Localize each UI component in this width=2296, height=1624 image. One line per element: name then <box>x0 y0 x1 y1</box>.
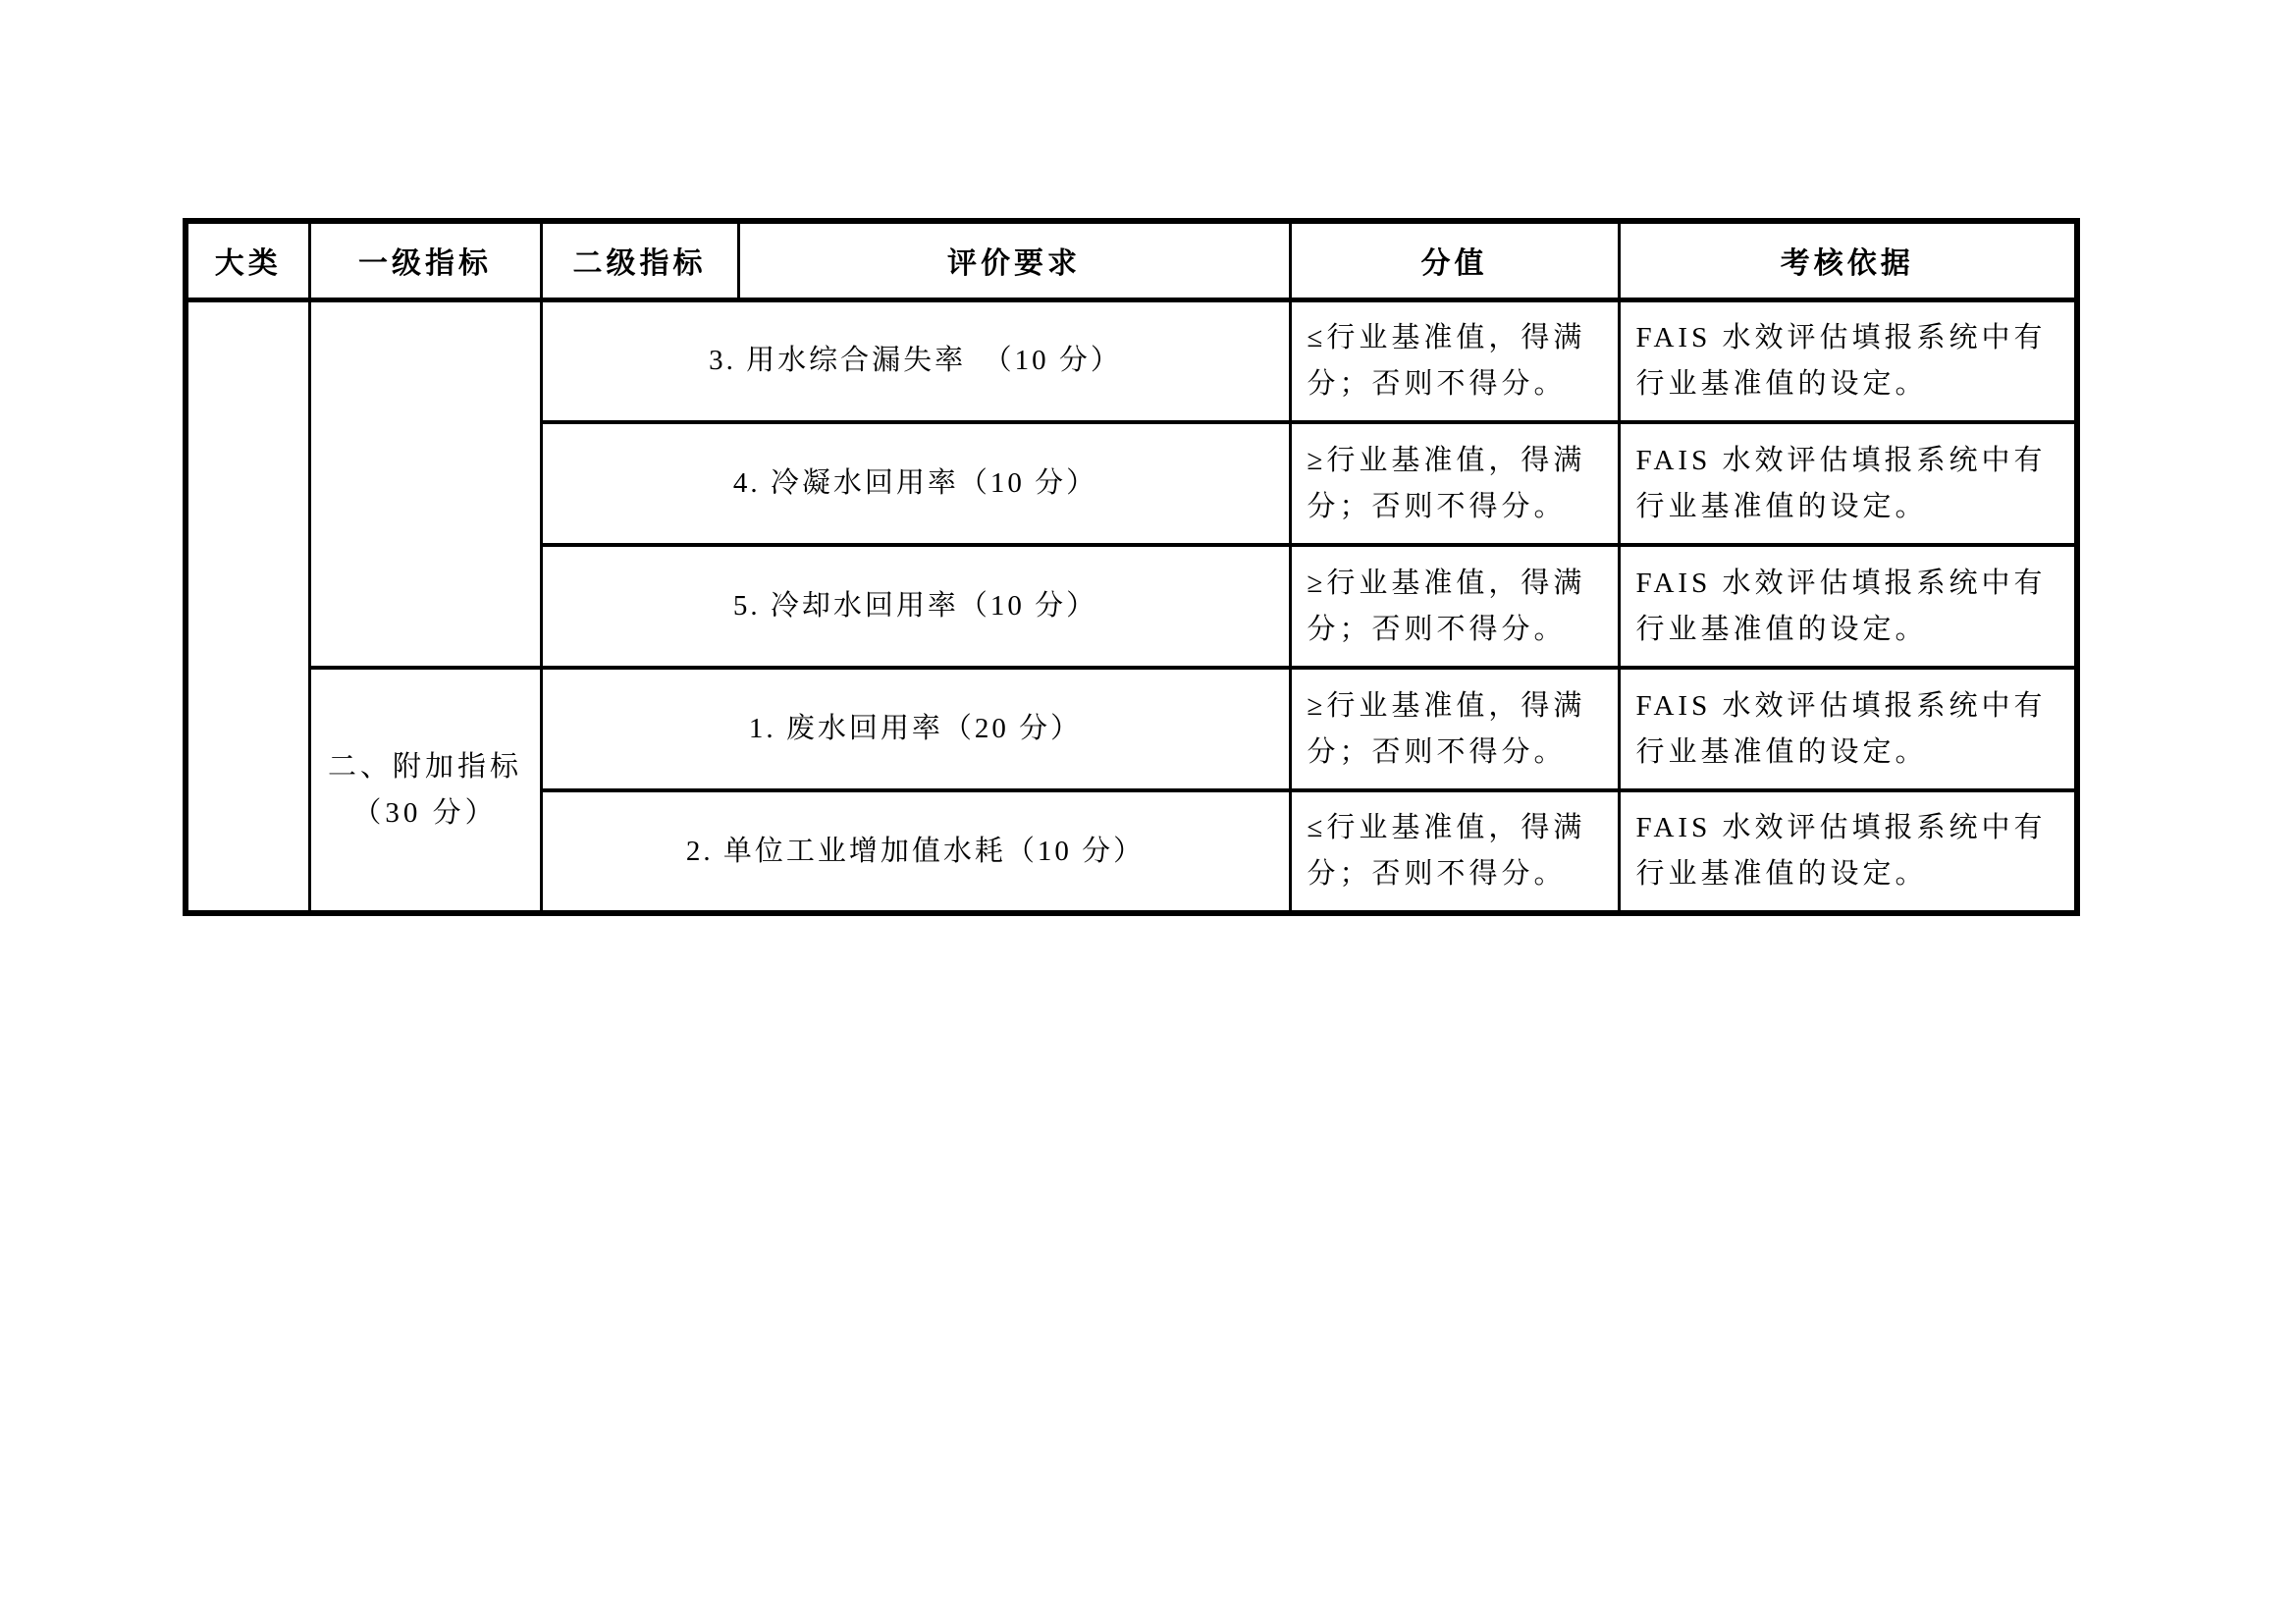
table-row: 3. 用水综合漏失率 （10 分） ≤行业基准值，得满 分；否则不得分。 FAI… <box>186 299 2077 422</box>
col-header-level1-indicator: 一级指标 <box>309 221 541 299</box>
assessment-basis-cell: FAIS 水效评估填报系统中有 行业基准值的设定。 <box>1619 422 2077 545</box>
indicator-cell: 5. 冷却水回用率（10 分） <box>541 545 1290 668</box>
level1-additional-indicators-cell: 二、附加指标 （30 分） <box>309 668 541 913</box>
score-rule-cell: ≤行业基准值，得满 分；否则不得分。 <box>1290 299 1619 422</box>
assessment-basis-cell: FAIS 水效评估填报系统中有 行业基准值的设定。 <box>1619 545 2077 668</box>
assessment-basis-cell: FAIS 水效评估填报系统中有 行业基准值的设定。 <box>1619 668 2077 790</box>
col-header-assessment-basis: 考核依据 <box>1619 221 2077 299</box>
indicator-cell: 2. 单位工业增加值水耗（10 分） <box>541 790 1290 913</box>
indicator-cell: 1. 废水回用率（20 分） <box>541 668 1290 790</box>
score-rule-cell: ≥行业基准值，得满 分；否则不得分。 <box>1290 668 1619 790</box>
col-header-score: 分值 <box>1290 221 1619 299</box>
header-row: 大类 一级指标 二级指标 评价要求 分值 考核依据 <box>186 221 2077 299</box>
category-merged-cell <box>186 299 309 913</box>
score-rule-cell: ≥行业基准值，得满 分；否则不得分。 <box>1290 545 1619 668</box>
document-page: 大类 一级指标 二级指标 评价要求 分值 考核依据 3. 用水综合漏失率 （10… <box>0 0 2296 1624</box>
evaluation-criteria-table: 大类 一级指标 二级指标 评价要求 分值 考核依据 3. 用水综合漏失率 （10… <box>183 218 2080 916</box>
indicator-cell: 4. 冷凝水回用率（10 分） <box>541 422 1290 545</box>
indicator-cell: 3. 用水综合漏失率 （10 分） <box>541 299 1290 422</box>
col-header-evaluation-requirement: 评价要求 <box>738 221 1290 299</box>
assessment-basis-cell: FAIS 水效评估填报系统中有 行业基准值的设定。 <box>1619 790 2077 913</box>
score-rule-cell: ≥行业基准值，得满 分；否则不得分。 <box>1290 422 1619 545</box>
score-rule-cell: ≤行业基准值，得满 分；否则不得分。 <box>1290 790 1619 913</box>
table-row: 二、附加指标 （30 分） 1. 废水回用率（20 分） ≥行业基准值，得满 分… <box>186 668 2077 790</box>
level1-empty-cell <box>309 299 541 668</box>
col-header-level2-indicator: 二级指标 <box>541 221 738 299</box>
assessment-basis-cell: FAIS 水效评估填报系统中有 行业基准值的设定。 <box>1619 299 2077 422</box>
col-header-category: 大类 <box>186 221 309 299</box>
